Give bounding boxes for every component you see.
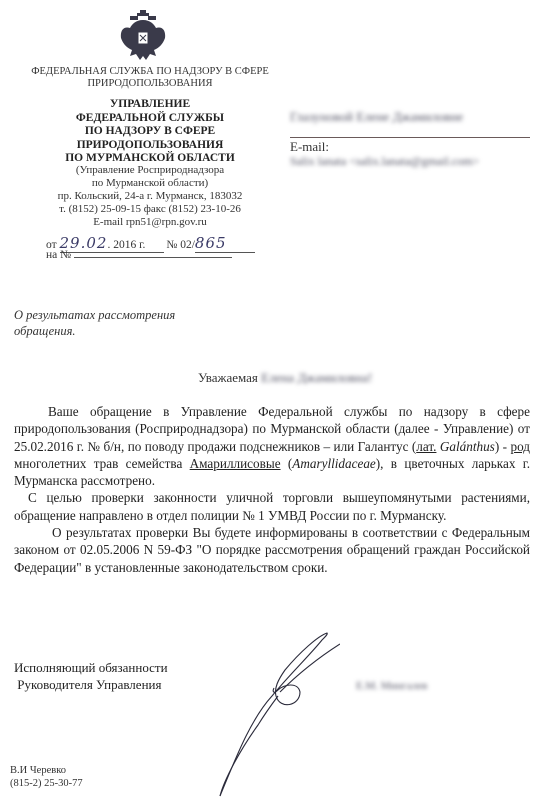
department-short-name: по Мурманской области) [40, 177, 260, 190]
recipient-name: Глазуновой Елене Джамиловне [290, 109, 463, 125]
recipient-email-label: E-mail: [290, 139, 329, 155]
latin-link[interactable]: лат. [416, 439, 436, 454]
department-line: ПО НАДЗОРУ В СФЕРЕ [40, 125, 260, 139]
agency-line: ФЕДЕРАЛЬНАЯ СЛУЖБА ПО НАДЗОРУ В СФЕРЕ [20, 66, 280, 78]
salutation: Уважаемая Елена Джамиловна! [198, 370, 372, 386]
salutation-name: Елена Джамиловна! [261, 370, 372, 385]
signatory-title: Исполняющий обязанности Руководителя Упр… [14, 659, 168, 693]
title-line: Исполняющий обязанности [14, 659, 168, 676]
letter-body: Ваше обращение в Управление Федеральной … [14, 403, 530, 576]
subject: О результатах рассмотрения обращения. [14, 307, 175, 339]
paragraph-1: Ваше обращение в Управление Федеральной … [14, 403, 530, 489]
department-details: (Управление Росприроднадзора по Мурманск… [40, 164, 260, 229]
recipient-divider [290, 137, 530, 138]
galanthus-text: Galánthus [436, 439, 494, 454]
subject-line: О результатах рассмотрения [14, 307, 175, 323]
department-line: ПРИРОДОПОЛЬЗОВАНИЯ [40, 139, 260, 153]
email: E-mail rpn51@rpn.gov.ru [40, 216, 260, 229]
paragraph-2: С целью проверки законности уличной торг… [14, 489, 530, 524]
department-line: ФЕДЕРАЛЬНОЙ СЛУЖБЫ [40, 112, 260, 126]
executor-phone: (815-2) 25-30-77 [10, 778, 83, 791]
salutation-prefix: Уважаемая [198, 370, 258, 385]
department-name: УПРАВЛЕНИЕ ФЕДЕРАЛЬНОЙ СЛУЖБЫ ПО НАДЗОРУ… [40, 98, 260, 166]
to-label: на № [46, 249, 71, 261]
executor-contact: В.И Черевко (815-2) 25-30-77 [10, 765, 83, 790]
family-link[interactable]: Амариллисовые [190, 456, 281, 471]
agency-name: ФЕДЕРАЛЬНАЯ СЛУЖБА ПО НАДЗОРУ В СФЕРЕ ПР… [20, 66, 280, 90]
signer-name: Е.М. Мингалев [356, 680, 427, 692]
text: ( [281, 456, 293, 471]
address: пр. Кольский, 24-а г. Мурманск, 183032 [40, 190, 260, 203]
handwritten-signature-icon [200, 600, 340, 800]
text: ) - [495, 439, 511, 454]
incoming-number-line [74, 247, 232, 258]
genus-link[interactable]: род [510, 439, 530, 454]
department-line: УПРАВЛЕНИЕ [40, 98, 260, 112]
executor-name: В.И Черевко [10, 765, 83, 778]
recipient-email: Salix lanata <salix.lanata@gmail.com> [290, 154, 479, 169]
subject-line: обращения. [14, 323, 175, 339]
paragraph-3: О результатах проверки Вы будете информи… [14, 524, 530, 576]
coat-of-arms-icon [118, 8, 168, 66]
title-line: Руководителя Управления [14, 676, 168, 693]
agency-line: ПРИРОДОПОЛЬЗОВАНИЯ [20, 78, 280, 90]
department-short-name: (Управление Росприроднадзора [40, 164, 260, 177]
amaryllidaceae-text: Amaryllidaceae [292, 456, 376, 471]
text: многолетних трав семейства [14, 456, 190, 471]
incoming-ref: на № [46, 247, 232, 261]
phone-fax: т. (8152) 25-09-15 факс (8152) 23-10-26 [40, 203, 260, 216]
